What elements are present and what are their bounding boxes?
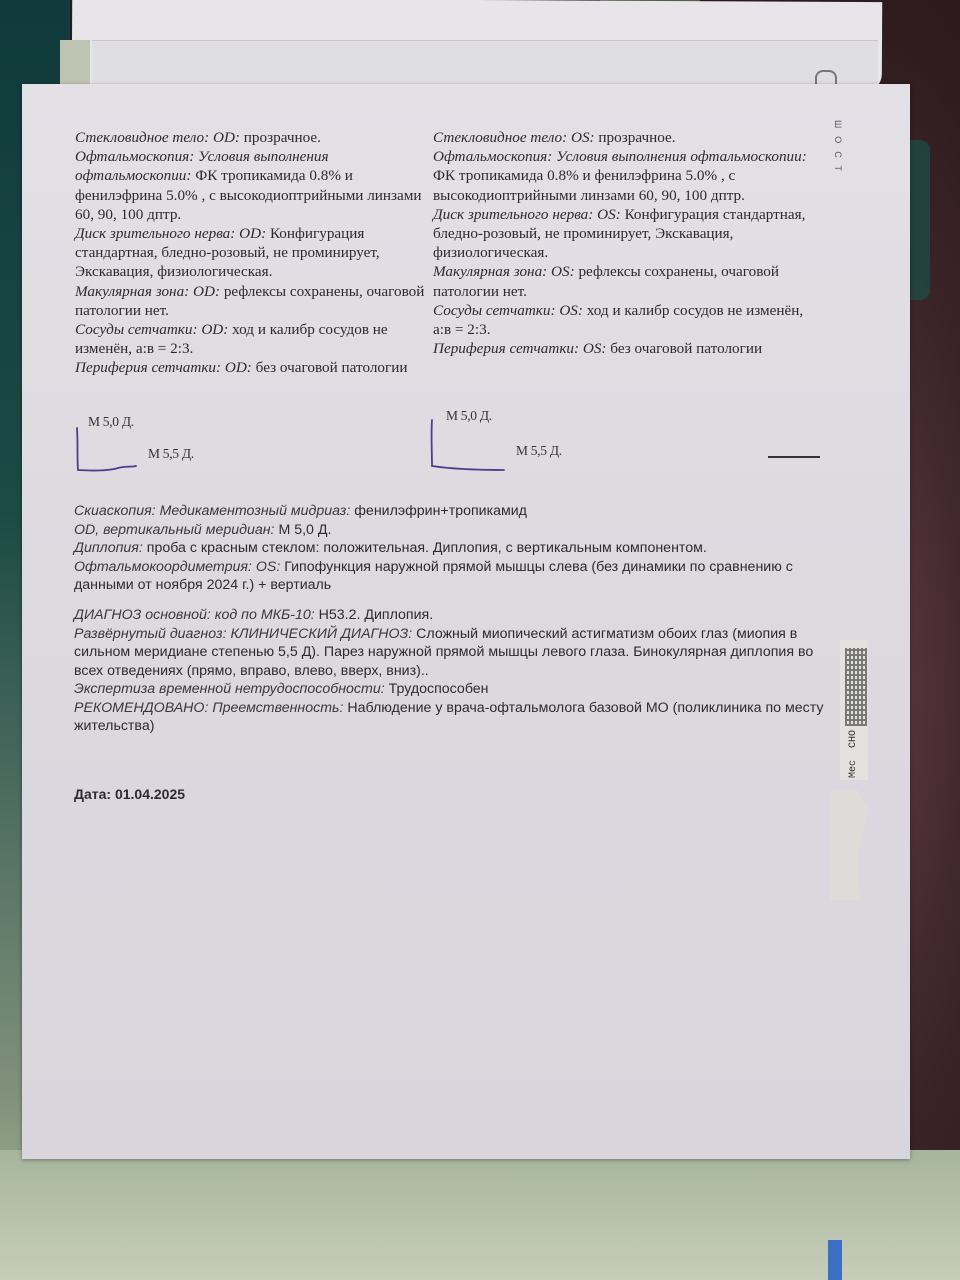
signature-line [768, 456, 820, 458]
paper-clip-icon [815, 70, 837, 84]
recommendation: РЕКОМЕНДОВАНО: Преемственность: Наблюден… [74, 699, 834, 736]
coordimetry-line: Офтальмокоордиметрия: OS: Гипофункция на… [74, 558, 834, 595]
skiascopy-line: Скиаскопия: Медикаментозный мидриаз: фен… [74, 502, 834, 521]
od-meridian-line: OD, вертикальный меридиан: М 5,0 Д. [74, 521, 834, 540]
vessels-os: Сосуды сетчатки: OS: ход и калибр сосудо… [433, 301, 813, 339]
diplopia-line: Диплопия: проба с красным стеклом: полож… [74, 539, 834, 558]
macula-os: Макулярная зона: OS: рефлексы сохранены,… [433, 262, 813, 300]
report-date: Дата: 01.04.2025 [74, 786, 185, 802]
background-bottom [0, 1150, 960, 1280]
blue-folder-edge [828, 1240, 842, 1280]
od-skiascopy-pen-axes [74, 424, 144, 474]
findings-section: Скиаскопия: Медикаментозный мидриаз: фен… [74, 502, 834, 595]
optic-disc-od: Диск зрительного нерва: OD: Конфигурация… [75, 224, 425, 282]
work-capacity: Экспертиза временной нетрудоспособности:… [74, 680, 834, 699]
od-horizontal-meridian: М 5,5 Д. [148, 446, 194, 462]
periphery-od: Периферия сетчатки: OD: без очаговой пат… [75, 358, 425, 377]
right-eye-column: Стекловидное тело: OS: прозрачное. Офтал… [433, 128, 813, 358]
main-diagnosis: ДИАГНОЗ основной: код по МКБ-10: H53.2. … [74, 606, 834, 625]
ophthalmoscopy-os: Офтальмоскопия: Условия выполнения офтал… [433, 147, 813, 205]
ophthalmoscopy-od: Офтальмоскопия: Условия выполнения офтал… [75, 147, 425, 224]
os-horizontal-meridian: М 5,5 Д. [516, 443, 562, 459]
vessels-od: Сосуды сетчатки: OD: ход и калибр сосудо… [75, 320, 425, 358]
os-skiascopy-pen-axes [428, 418, 508, 474]
expanded-diagnosis: Развёрнутый диагноз: КЛИНИЧЕСКИЙ ДИАГНОЗ… [74, 625, 834, 681]
side-edge-text: ШОСТ [833, 120, 843, 179]
left-eye-column: Стекловидное тело: OD: прозрачное. Офтал… [75, 128, 425, 378]
medical-report-page: Стекловидное тело: OD: прозрачное. Офтал… [22, 84, 910, 1159]
vitreous-od: Стекловидное тело: OD: прозрачное. [75, 128, 425, 147]
macula-od: Макулярная зона: OD: рефлексы сохранены,… [75, 282, 425, 320]
periphery-os: Периферия сетчатки: OS: без очаговой пат… [433, 339, 813, 358]
od-vertical-meridian: М 5,0 Д. [88, 414, 134, 430]
qr-code-icon [845, 648, 867, 726]
receipt-text: СНО [848, 730, 859, 748]
os-vertical-meridian: М 5,0 Д. [446, 408, 492, 424]
vitreous-os: Стекловидное тело: OS: прозрачное. [433, 128, 813, 147]
diagnosis-section: ДИАГНОЗ основной: код по МКБ-10: H53.2. … [74, 606, 834, 736]
receipt-text: Мес [848, 760, 859, 778]
optic-disc-os: Диск зрительного нерва: OS: Конфигурация… [433, 205, 813, 263]
